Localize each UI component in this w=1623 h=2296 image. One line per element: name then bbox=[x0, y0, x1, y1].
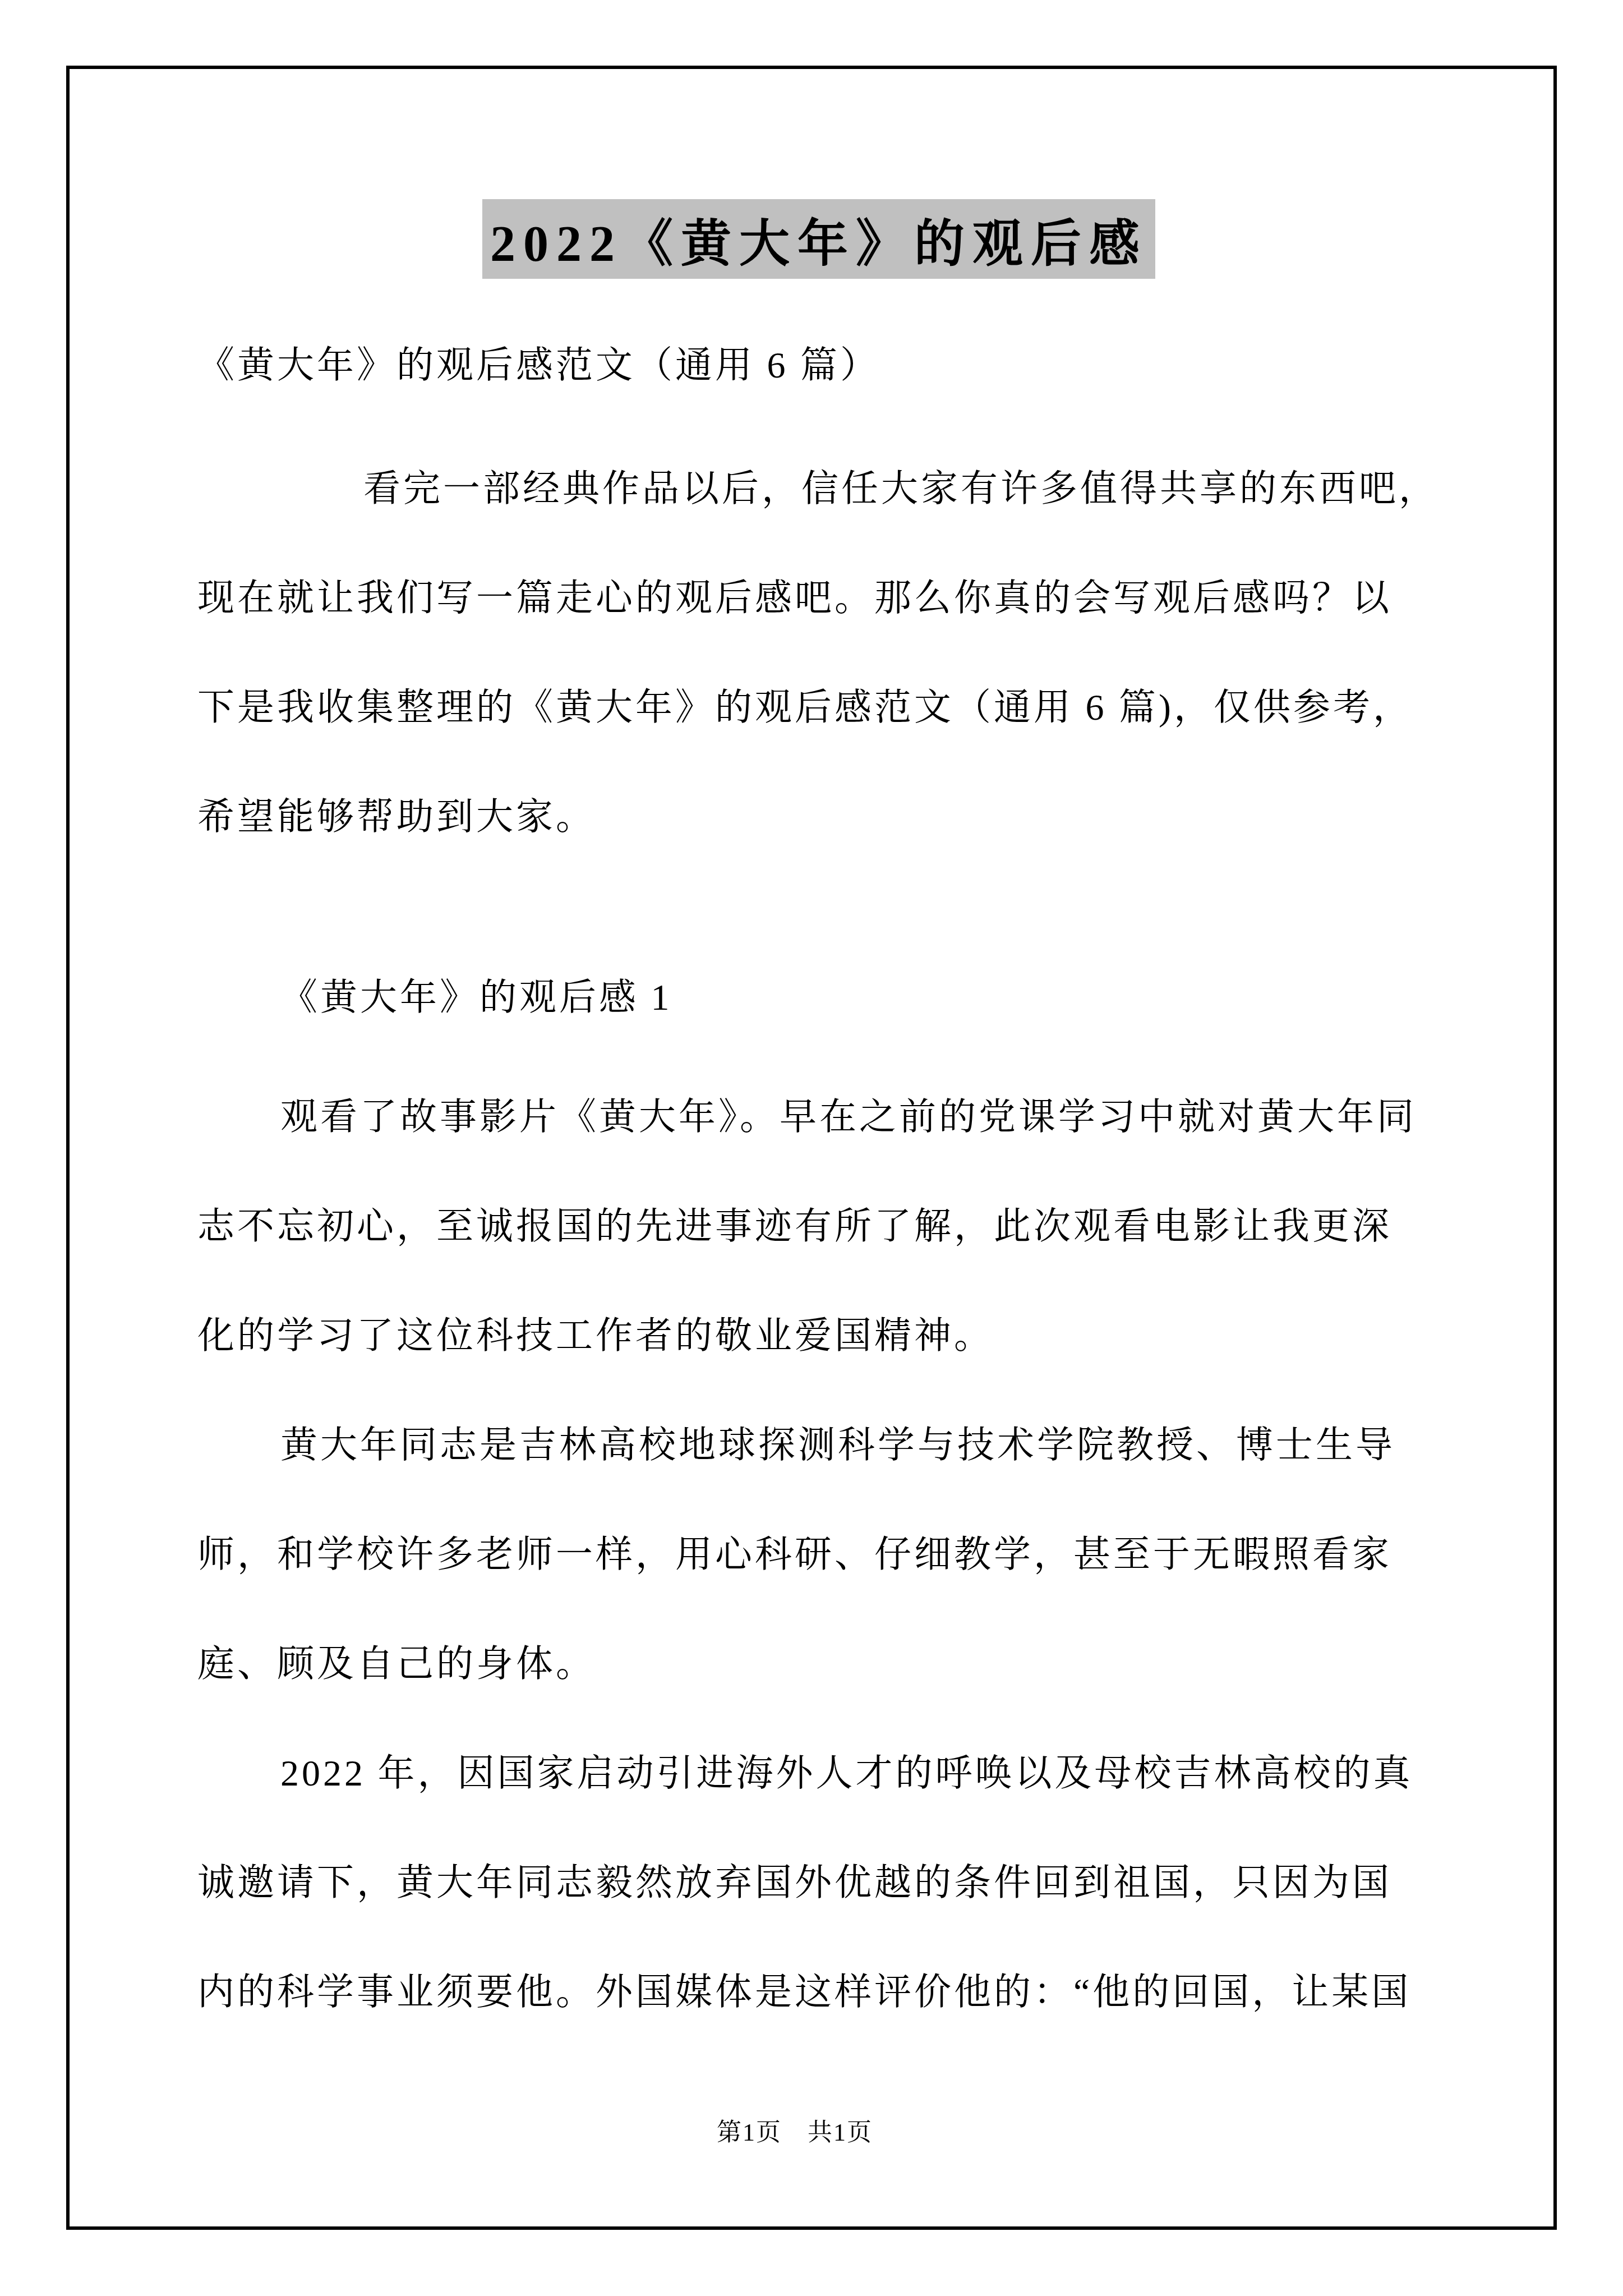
text-line: 2022 年，因国家启动引进海外人才的呼唤以及母校吉林高校的真 bbox=[197, 1719, 1431, 1828]
text-line: 内的科学事业须要他。外国媒体是这样评价他的：“他的回国，让某国 bbox=[197, 1938, 1431, 2047]
paragraph-2: 黄大年同志是吉林高校地球探测科学与技术学院教授、博士生导 师，和学校许多老师一样… bbox=[197, 1391, 1431, 1719]
text-line: 诚邀请下，黄大年同志毅然放弃国外优越的条件回到祖国，只因为国 bbox=[197, 1828, 1431, 1938]
document-page: 2022《黄大年》的观后感 《黄大年》的观后感范文（通用 6 篇） 看完一部经典… bbox=[0, 0, 1623, 2296]
text-line: 庭、顾及自己的身体。 bbox=[197, 1609, 1431, 1719]
text-line: 化的学习了这位科技工作者的敬业爱国精神。 bbox=[197, 1281, 1431, 1391]
page-footer: 第1页 共1页 bbox=[0, 2116, 1606, 2150]
text-line: 黄大年同志是吉林高校地球探测科学与技术学院教授、博士生导 bbox=[197, 1391, 1431, 1500]
document-title: 2022《黄大年》的观后感 bbox=[482, 199, 1155, 279]
text-line: 志不忘初心，至诚报国的先进事迹有所了解，此次观看电影让我更深 bbox=[197, 1172, 1431, 1281]
section-heading: 《黄大年》的观后感 1 bbox=[197, 943, 1431, 1052]
subtitle-line: 《黄大年》的观后感范文（通用 6 篇） bbox=[197, 311, 1431, 420]
text-line: 现在就让我们写一篇走心的观后感吧。那么你真的会写观后感吗？以 bbox=[197, 544, 1431, 653]
paragraph-1: 观看了故事影片《黄大年》。早在之前的党课学习中就对黄大年同 志不忘初心，至诚报国… bbox=[197, 1062, 1431, 1391]
text-line: 观看了故事影片《黄大年》。早在之前的党课学习中就对黄大年同 bbox=[197, 1062, 1431, 1172]
text-line: 希望能够帮助到大家。 bbox=[197, 762, 1431, 872]
text-line: 下是我收集整理的《黄大年》的观后感范文（通用 6 篇)，仅供参考， bbox=[197, 653, 1431, 762]
intro-paragraph: 看完一部经典作品以后，信任大家有许多值得共享的东西吧， 现在就让我们写一篇走心的… bbox=[197, 434, 1431, 872]
text-line: 师，和学校许多老师一样，用心科研、仔细教学，甚至于无暇照看家 bbox=[197, 1500, 1431, 1609]
text-line: 看完一部经典作品以后，信任大家有许多值得共享的东西吧， bbox=[197, 434, 1431, 544]
paragraph-3: 2022 年，因国家启动引进海外人才的呼唤以及母校吉林高校的真 诚邀请下，黄大年… bbox=[197, 1719, 1431, 2047]
